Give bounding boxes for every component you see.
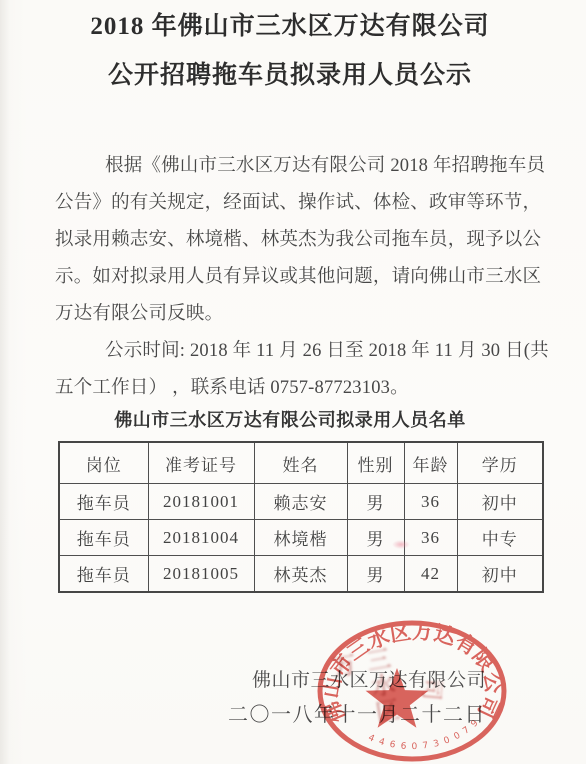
paragraph-2: 公示时间: 2018 年 11 月 26 日至 2018 年 11 月 30 日… [55,333,525,407]
cell-gender: 男 [347,484,404,520]
table-row: 拖车员 20181004 林境楷 男 36 中专 [59,520,543,556]
table-header-row: 岗位 准考证号 姓名 性别 年龄 学历 [59,442,543,484]
roster-table: 岗位 准考证号 姓名 性别 年龄 学历 拖车员 20181001 赖志安 男 3… [58,441,544,593]
header-cell-position: 岗位 [59,442,148,484]
seal-star-icon [366,668,429,728]
cell-education: 初中 [457,484,543,520]
company-seal: 佛山市三水区万达有限公司 44660730079 [312,611,512,764]
document-title-line2: 公开招聘拖车员拟录用人员公示 [55,59,525,93]
header-cell-age: 年龄 [404,442,457,484]
body-line: 拟录用赖志安、林境楷、林英杰为我公司拖车员，现予以公 [55,222,525,259]
cell-exam-number: 20181001 [148,484,254,520]
cell-position: 拖车员 [59,556,148,593]
body-line: 万达有限公司反映。 [55,296,525,333]
cell-gender: 男 [347,556,404,593]
cell-education: 初中 [457,556,543,593]
scanned-notice-page: 2018 年佛山市三水区万达有限公司 公开招聘拖车员拟录用人员公示 根据《佛山市… [0,0,586,764]
header-cell-gender: 性别 [347,442,404,484]
cell-gender: 男 [347,520,404,556]
cell-age: 36 [404,484,457,520]
body-line: 公示时间: 2018 年 11 月 26 日至 2018 年 11 月 30 日… [55,333,525,370]
table-row: 拖车员 20181001 赖志安 男 36 初中 [59,484,543,520]
header-cell-exam-number: 准考证号 [148,442,254,484]
document-title-line1: 2018 年佛山市三水区万达有限公司 [55,10,525,44]
cell-position: 拖车员 [59,520,148,556]
cell-age: 42 [404,556,457,593]
cell-name: 林英杰 [254,556,347,593]
header-cell-education: 学历 [457,442,543,484]
cell-age: 36 [404,520,457,556]
table-row: 拖车员 20181005 林英杰 男 42 初中 [59,556,543,593]
body-line: 示。如对拟录用人员有异议或其他问题，请向佛山市三水区 [55,259,525,296]
cell-position: 拖车员 [59,484,148,520]
cell-exam-number: 20181005 [148,556,254,593]
header-cell-name: 姓名 [254,442,347,484]
cell-education: 中专 [457,520,543,556]
roster-table-title: 佛山市三水区万达有限公司拟录用人员名单 [55,407,525,433]
paragraph-1: 根据《佛山市三水区万达有限公司 2018 年招聘拖车员 公告》的有关规定，经面试… [55,148,525,333]
body-line: 根据《佛山市三水区万达有限公司 2018 年招聘拖车员 [55,148,525,185]
body-line: 五个工作日） ，联系电话 0757-87723103。 [55,370,525,407]
cell-name: 赖志安 [254,484,347,520]
cell-exam-number: 20181004 [148,520,254,556]
scan-artifact [392,540,410,549]
body-line: 公告》的有关规定，经面试、操作试、体检、政审等环节， [55,185,525,222]
cell-name: 林境楷 [254,520,347,556]
